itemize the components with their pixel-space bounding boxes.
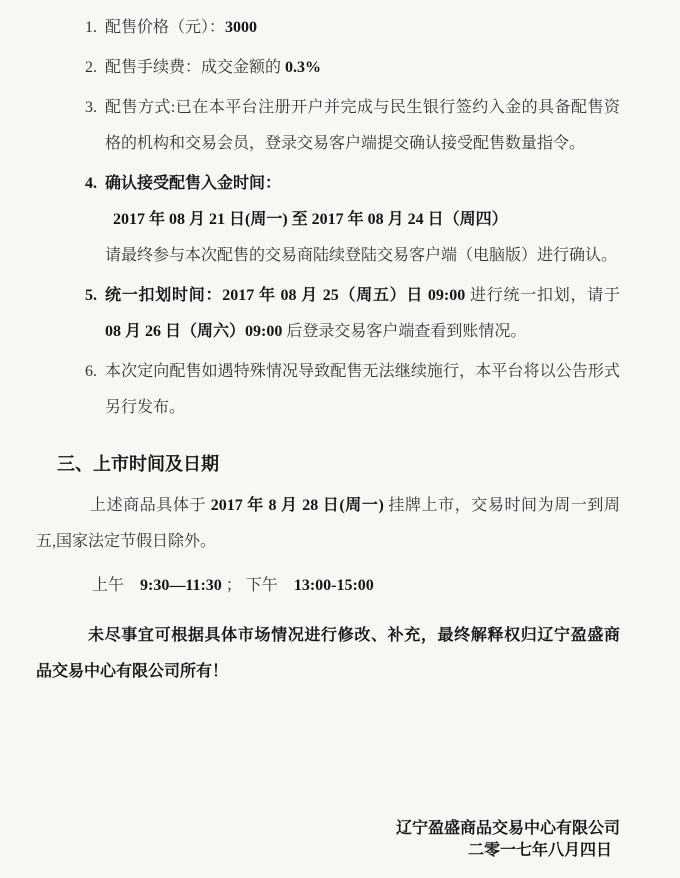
text-run: 本次定向配售如遇特殊情况导致配售无法继续施行，本平台将以公告形式 — [105, 363, 620, 380]
text-run: 挂牌上市，交易时间为周一到周 — [384, 497, 620, 514]
text-run-bold: 统一扣划时间：2017 年 08 月 25（周五）日 09:00 — [105, 287, 465, 304]
paragraph-line: 上述商品具体于 2017 年 8 月 28 日(周一) 挂牌上市，交易时间为周一… — [36, 488, 620, 524]
item-line: 另行发布。 — [105, 390, 620, 426]
text-run-bold: 0.3% — [285, 59, 321, 76]
text-run-bold: 未尽事宜可根据具体市场情况进行修改、补充，最终解释权归辽宁盈盛商 — [88, 627, 620, 644]
text-run: 格的机构和交易会员，登录交易客户端提交确认接受配售数量指令。 — [105, 135, 585, 152]
listing-paragraph: 上述商品具体于 2017 年 8 月 28 日(周一) 挂牌上市，交易时间为周一… — [36, 488, 620, 560]
item-line-date: 2017 年 08 月 21 日(周一) 至 2017 年 08 月 24 日（… — [113, 202, 620, 238]
signature-block: 辽宁盈盛商品交易中心有限公司 二零一七年八月四日 — [396, 818, 620, 862]
text-run-bold: 13:00-15:00 — [294, 577, 374, 594]
disclaimer-paragraph: 未尽事宜可根据具体市场情况进行修改、补充，最终解释权归辽宁盈盛商 品交易中心有限… — [36, 618, 620, 690]
text-run: 进行统一扣划，请于 — [465, 287, 620, 304]
item-number: 6. — [85, 354, 97, 390]
item-line: 08 月 26 日（周六）09:00 后登录交易客户端查看到账情况。 — [105, 314, 620, 350]
text-run: 另行发布。 — [105, 399, 185, 416]
item-number: 3. — [85, 90, 97, 126]
text-run: 请最终参与本次配售的交易商陆续登陆交易客户端（电脑版）进行确认。 — [105, 247, 617, 264]
document-page: 1. 配售价格（元）：3000 2. 配售手续费：成交金额的 0.3% 3. 配… — [0, 0, 680, 878]
item-line: 配售方式:已在本平台注册开户并完成与民生银行签约入金的具备配售资 — [105, 90, 620, 126]
item-line: 请最终参与本次配售的交易商陆续登陆交易客户端（电脑版）进行确认。 — [105, 238, 620, 274]
list-item-5: 5. 统一扣划时间：2017 年 08 月 25（周五）日 09:00 进行统一… — [85, 278, 620, 350]
list-item-4: 4. 确认接受配售入金时间： 2017 年 08 月 21 日(周一) 至 20… — [85, 166, 620, 274]
item-line: 本次定向配售如遇特殊情况导致配售无法继续施行，本平台将以公告形式 — [105, 354, 620, 390]
text-run: 上午 — [92, 577, 140, 594]
list-item-2: 2. 配售手续费：成交金额的 0.3% — [85, 50, 620, 86]
text-run-bold: 品交易中心有限公司所有！ — [36, 663, 228, 680]
list-item-1: 1. 配售价格（元）：3000 — [85, 10, 620, 46]
text-run: 上述商品具体于 — [90, 497, 211, 514]
item-number: 2. — [85, 50, 97, 86]
list-item-3: 3. 配售方式:已在本平台注册开户并完成与民生银行签约入金的具备配售资 格的机构… — [85, 90, 620, 162]
text-run: 配售方式:已在本平台注册开户并完成与民生银行签约入金的具备配售资 — [105, 99, 620, 116]
text-run: 后登录交易客户端查看到账情况。 — [286, 323, 526, 340]
item-number: 4. — [85, 166, 97, 202]
disclaimer-line: 品交易中心有限公司所有！ — [36, 654, 620, 690]
paragraph-line: 五,国家法定节假日除外。 — [36, 524, 620, 560]
list-item-6: 6. 本次定向配售如遇特殊情况导致配售无法继续施行，本平台将以公告形式 另行发布… — [85, 354, 620, 426]
numbered-list: 1. 配售价格（元）：3000 2. 配售手续费：成交金额的 0.3% 3. 配… — [85, 10, 620, 426]
text-run-bold: 2017 年 08 月 21 日(周一) 至 2017 年 08 月 24 日（… — [113, 211, 508, 228]
text-run-bold: 08 月 26 日（周六）09:00 — [105, 323, 286, 340]
text-run: ； 下午 — [222, 577, 294, 594]
company-name: 辽宁盈盛商品交易中心有限公司 — [396, 818, 620, 840]
item-number: 1. — [85, 10, 97, 46]
item-number: 5. — [85, 278, 97, 314]
text-run: 配售价格（元）： — [105, 19, 225, 36]
text-run-bold: 确认接受配售入金时间： — [105, 175, 281, 192]
text-run-bold: 3000 — [225, 19, 257, 36]
item-line: 统一扣划时间：2017 年 08 月 25（周五）日 09:00 进行统一扣划，… — [105, 278, 620, 314]
text-run: 配售手续费：成交金额的 — [105, 59, 285, 76]
item-line: 格的机构和交易会员，登录交易客户端提交确认接受配售数量指令。 — [105, 126, 620, 162]
item-line: 确认接受配售入金时间： — [105, 166, 620, 202]
trading-hours-line: 上午 9:30—11:30 ； 下午 13:00-15:00 — [92, 568, 620, 604]
item-line: 配售价格（元）：3000 — [105, 10, 620, 46]
disclaimer-line: 未尽事宜可根据具体市场情况进行修改、补充，最终解释权归辽宁盈盛商 — [36, 618, 620, 654]
text-run: 五,国家法定节假日除外。 — [36, 533, 216, 550]
text-run-bold: 2017 年 8 月 28 日(周一) — [211, 497, 384, 514]
issue-date: 二零一七年八月四日 — [396, 840, 620, 862]
text-run-bold: 9:30—11:30 — [140, 577, 222, 594]
section-heading: 三、上市时间及日期 — [57, 446, 620, 482]
item-line: 配售手续费：成交金额的 0.3% — [105, 50, 620, 86]
